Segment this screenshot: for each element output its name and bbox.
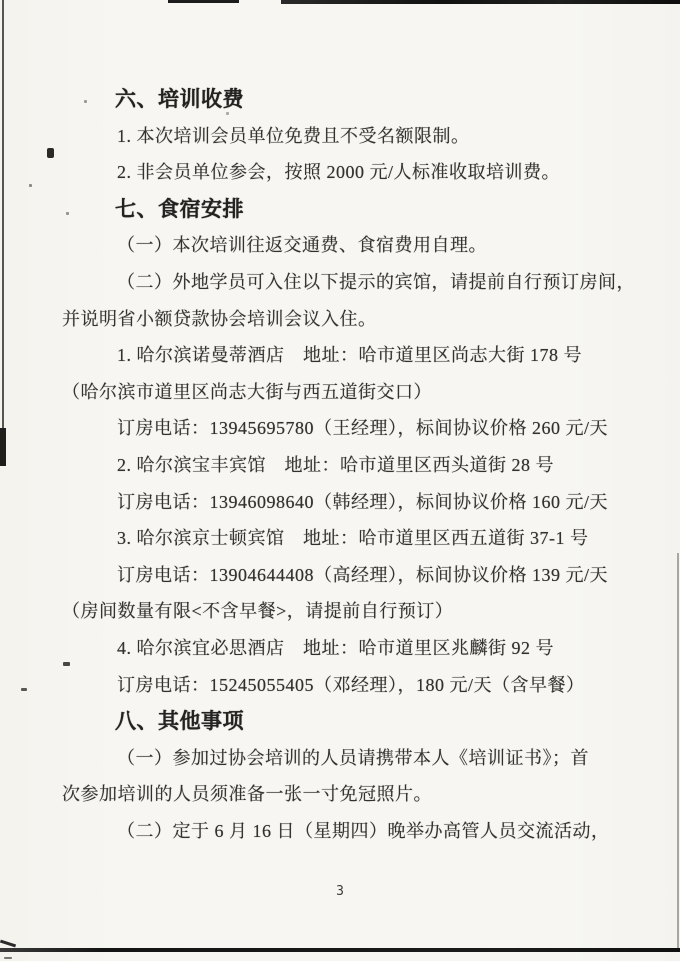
text-line: 2. 非会员单位参会，按照 2000 元/人标准收取培训费。 bbox=[62, 154, 634, 191]
scan-edge-top-segment bbox=[281, 0, 680, 4]
scan-speck bbox=[4, 957, 12, 959]
text-line: （房间数量有限<不含早餐>，请提前自行预订） bbox=[62, 593, 634, 630]
text-line: 1. 哈尔滨诺曼蒂酒店 地址：哈市道里区尚志大街 178 号 bbox=[62, 337, 634, 374]
text-line: （一）参加过协会培训的人员请携带本人《培训证书》；首 bbox=[62, 740, 634, 777]
text-line: （二）外地学员可入住以下提示的宾馆，请提前自行预订房间， bbox=[62, 264, 634, 301]
text-line: 并说明省小额贷款协会培训会议入住。 bbox=[62, 301, 634, 338]
scan-edge-top-segment bbox=[168, 0, 239, 3]
scan-speck bbox=[29, 184, 32, 187]
section-heading: 八、其他事项 bbox=[62, 703, 634, 740]
text-line: （二）定于 6 月 16 日（星期四）晚举办高管人员交流活动， bbox=[62, 813, 634, 850]
scan-speck bbox=[47, 148, 54, 158]
text-line: （哈尔滨市道里区尚志大街与西五道街交口） bbox=[62, 374, 634, 411]
text-line: 1. 本次培训会员单位免费且不受名额限制。 bbox=[62, 118, 634, 155]
scan-edge-left bbox=[2, 0, 4, 466]
section-heading: 七、食宿安排 bbox=[62, 191, 634, 228]
section-heading: 六、培训收费 bbox=[62, 81, 634, 118]
scan-speck bbox=[21, 688, 27, 691]
text-line: 订房电话：13946098640（韩经理），标间协议价格 160 元/天 bbox=[62, 484, 634, 521]
document-lines: 六、培训收费1. 本次培训会员单位免费且不受名额限制。2. 非会员单位参会，按照… bbox=[62, 81, 634, 849]
text-line: 3. 哈尔滨京士顿宾馆 地址：哈市道里区西五道街 37-1 号 bbox=[62, 520, 634, 557]
scan-edge-left-blob bbox=[0, 428, 6, 466]
text-line: 订房电话：13945695780（王经理），标间协议价格 260 元/天 bbox=[62, 410, 634, 447]
text-line: 订房电话：13904644408（高经理），标间协议价格 139 元/天 bbox=[62, 557, 634, 594]
text-line: 4. 哈尔滨宜必思酒店 地址：哈市道里区兆麟街 92 号 bbox=[62, 630, 634, 667]
text-line: 2. 哈尔滨宝丰宾馆 地址：哈市道里区西头道街 28 号 bbox=[62, 447, 634, 484]
text-line: （一）本次培训往返交通费、食宿费用自理。 bbox=[62, 227, 634, 264]
scanned-document-page: { "colors": { "paper": "#f6f5f1", "ink":… bbox=[0, 0, 680, 961]
scan-edge-bottom bbox=[0, 948, 680, 952]
text-line: 订房电话：15245055405（邓经理），180 元/天（含早餐） bbox=[62, 667, 634, 704]
text-line: 次参加培训的人员须准备一张一寸免冠照片。 bbox=[62, 776, 634, 813]
page-number: 3 bbox=[0, 884, 680, 899]
